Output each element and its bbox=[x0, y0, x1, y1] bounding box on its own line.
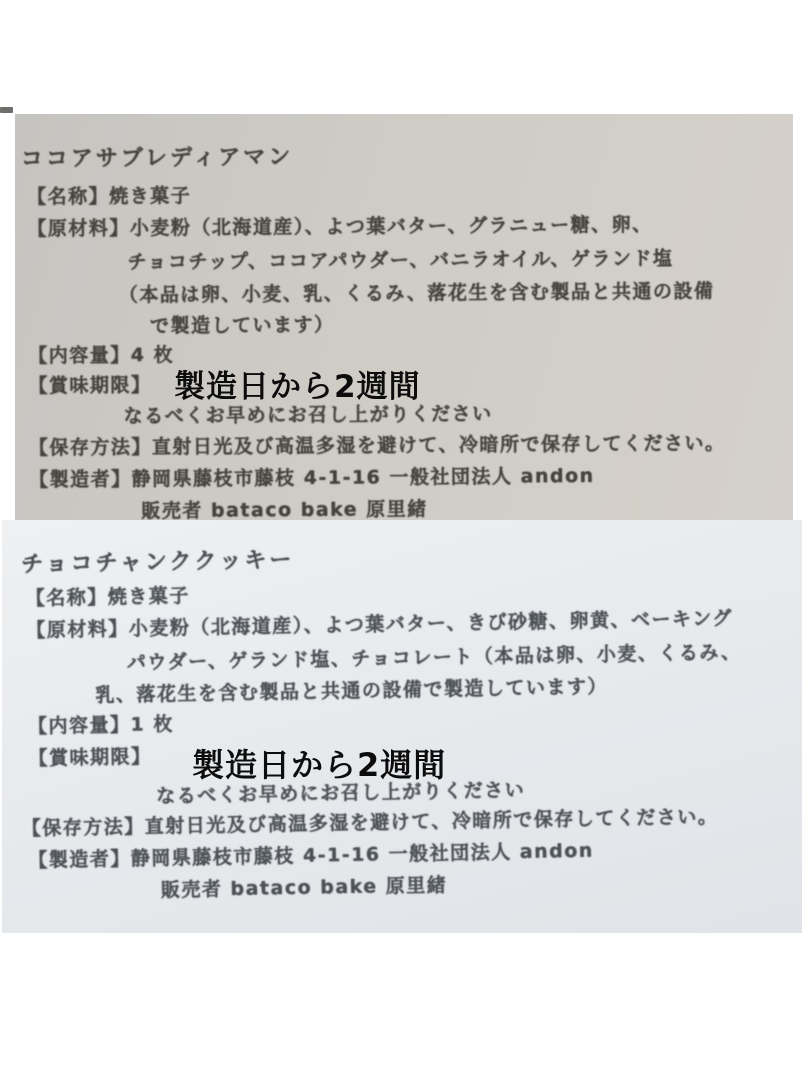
photo-edge-artifact bbox=[0, 107, 13, 113]
expiry-overlay-text: 製造日から2週間 bbox=[192, 740, 446, 786]
product-title: チョコチャンククッキー bbox=[21, 543, 295, 579]
label-line-seller: 販売者 bataco bake 原里緒 bbox=[161, 870, 448, 902]
label-line-allergen: 乳、落花生を含む製品と共通の設備で製造しています） bbox=[95, 671, 608, 707]
label-line-ingredients: パウダー、ゲランド塩、チョコレート（本品は卵、小麦、くるみ、 bbox=[127, 637, 742, 675]
label-line-ingredients: 【原材料】小麦粉（北海道産）、よつ葉バター、グラニュー糖、卵、 bbox=[27, 210, 652, 241]
label-line-manufacturer: 【製造者】静岡県藤枝市藤枝 4-1-16 一般社団法人 andon bbox=[28, 836, 594, 873]
label-line-manufacturer: 【製造者】静岡県藤枝市藤枝 4-1-16 一般社団法人 andon bbox=[29, 461, 595, 492]
label-line-expiry: 【賞味期限】 bbox=[28, 370, 151, 398]
label-line-expiry: 【賞味期限】 bbox=[28, 741, 151, 770]
label-line-contents: 【内容量】4 枚 bbox=[28, 340, 174, 368]
label-photo-choco-chunk: チョコチャンククッキー 【名称】焼き菓子 【原材料】小麦粉（北海道産）、よつ葉バ… bbox=[2, 520, 802, 933]
label-line-seller: 販売者 bataco bake 原里緒 bbox=[141, 494, 428, 523]
label-line-storage: 【保存方法】直射日光及び高温多湿を避けて、冷暗所で保存してください。 bbox=[22, 802, 719, 841]
label-text-block: チョコチャンククッキー 【名称】焼き菓子 【原材料】小麦粉（北海道産）、よつ葉バ… bbox=[2, 520, 802, 933]
product-title: ココアサブレディアマン bbox=[21, 140, 294, 173]
label-line-name: 【名称】焼き菓子 bbox=[26, 581, 190, 611]
label-line-name: 【名称】焼き菓子 bbox=[27, 181, 191, 209]
label-line-storage: 【保存方法】直射日光及び高温多湿を避けて、冷暗所で保存してください。 bbox=[29, 428, 726, 460]
label-line-allergen: （本品は卵、小麦、乳、くるみ、落花生を含む製品と共通の設備 bbox=[119, 276, 715, 307]
label-photo-cocoa-sable: ココアサブレディアマン 【名称】焼き菓子 【原材料】小麦粉（北海道産）、よつ葉バ… bbox=[15, 114, 793, 530]
label-text-block: ココアサブレディアマン 【名称】焼き菓子 【原材料】小麦粉（北海道産）、よつ葉バ… bbox=[15, 114, 793, 530]
label-line-allergen: で製造しています） bbox=[150, 310, 335, 338]
expiry-overlay-text: 製造日から2週間 bbox=[174, 361, 421, 406]
label-line-ingredients: 【原材料】小麦粉（北海道産）、よつ葉バター、きび砂糖、卵黄、ベーキング bbox=[26, 603, 733, 642]
page: ココアサブレディアマン 【名称】焼き菓子 【原材料】小麦粉（北海道産）、よつ葉バ… bbox=[0, 0, 810, 1080]
label-line-contents: 【内容量】1 枚 bbox=[28, 709, 174, 739]
label-line-ingredients: チョコチップ、ココアパウダー、バニラオイル、ゲランド塩 bbox=[127, 243, 673, 274]
